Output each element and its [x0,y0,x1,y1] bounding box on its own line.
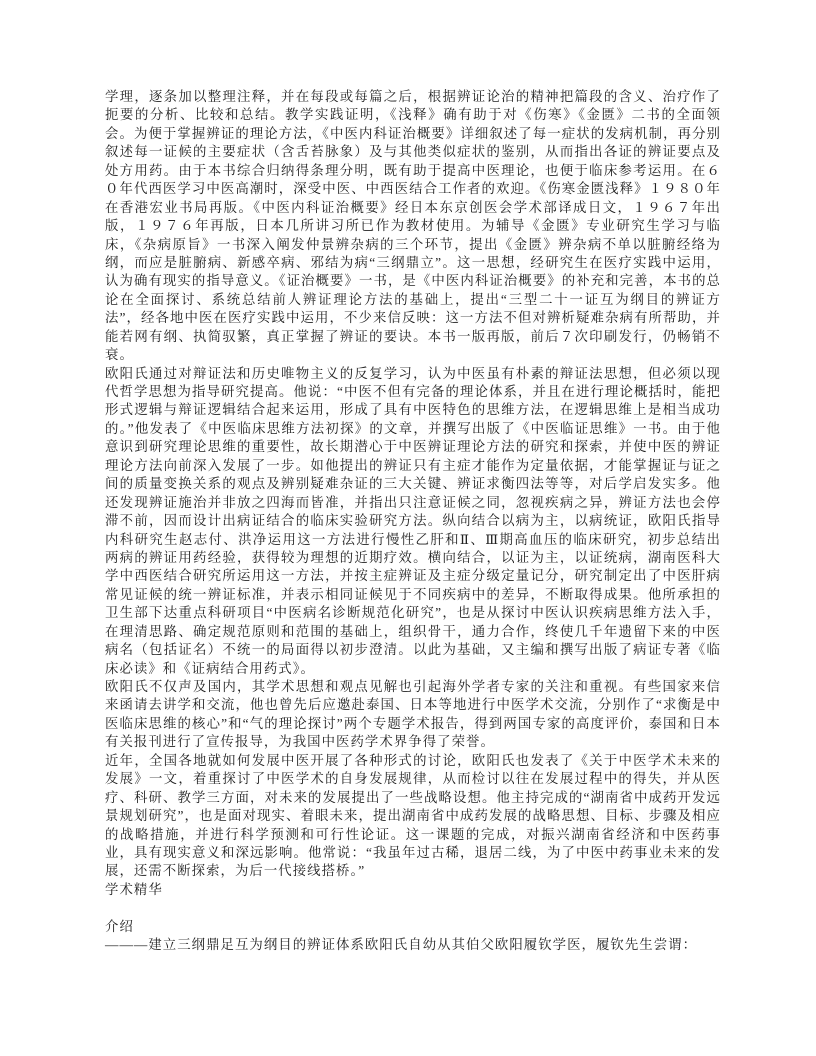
section-heading: 学术精华 [105,881,721,899]
document-body: 学理，逐条加以整理注释，并在每段或每篇之后，根据辨证论治的精神把篇段的含义、治疗… [105,88,721,955]
intro-line: ———建立三纲鼎足互为纲目的辨证体系欧阳氏自幼从其伯父欧阳履钦学医，履钦先生尝谓… [105,936,721,954]
body-paragraph-2: 欧阳氏通过对辩证法和历史唯物主义的反复学习，认为中医虽有朴素的辩证法思想，但必须… [105,365,721,678]
body-paragraph-1: 学理，逐条加以整理注释，并在每段或每篇之后，根据辨证论治的精神把篇段的含义、治疗… [105,88,721,365]
body-paragraph-3: 欧阳氏不仅声及国内，其学术思想和观点见解也引起海外学者专家的关注和重视。有些国家… [105,678,721,752]
body-paragraph-4: 近年，全国各地就如何发展中医开展了各种形式的讨论，欧阳氏也发表了《关于中医学术未… [105,752,721,881]
document-page: 学理，逐条加以整理注释，并在每段或每篇之后，根据辨证论治的精神把篇段的含义、治疗… [0,0,816,1056]
sub-heading: 介绍 [105,918,721,936]
